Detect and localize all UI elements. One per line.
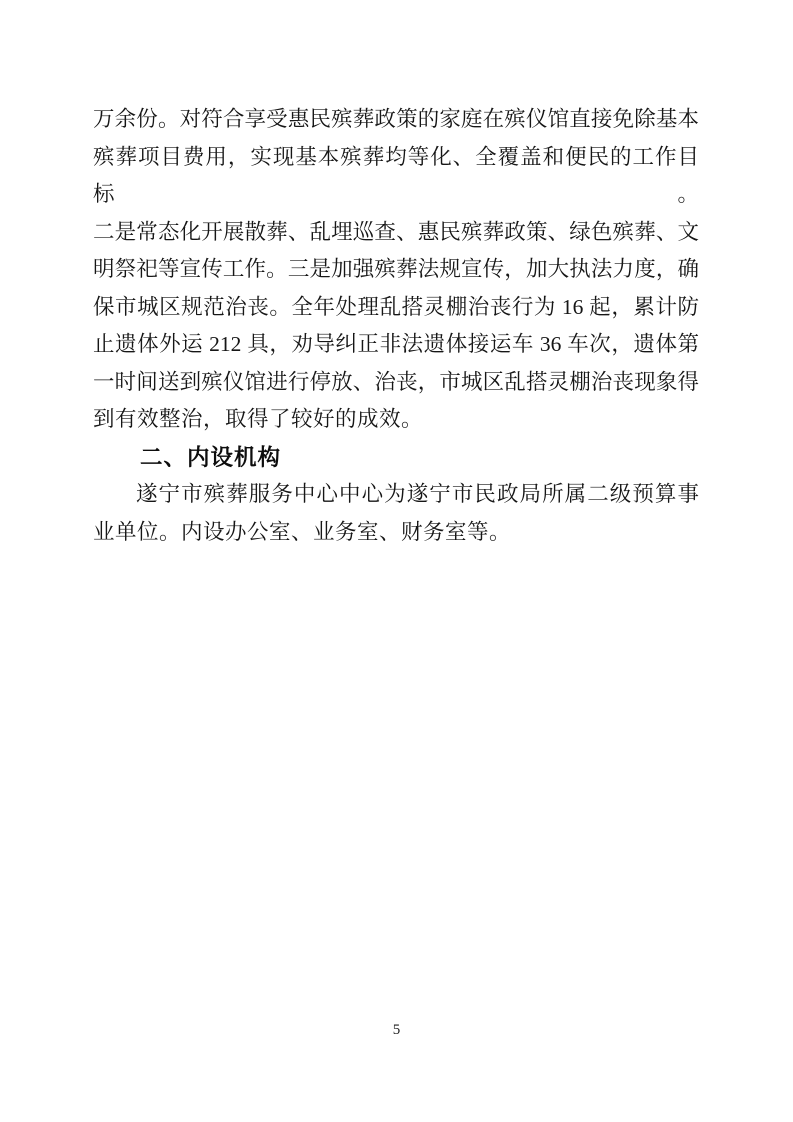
body-text-line: 二是常态化开展散葬、乱埋巡查、惠民殡葬政策、绿色殡葬、文: [93, 214, 699, 252]
body-text-line: 明祭祀等宣传工作。三是加强殡葬法规宣传，加大执法力度，确: [93, 251, 699, 289]
body-text-line: 保市城区规范治丧。全年处理乱搭灵棚治丧行为 16 起，累计防: [93, 289, 699, 327]
body-text-line: 万余份。对符合享受惠民殡葬政策的家庭在殡仪馆直接免除基本: [93, 101, 699, 139]
document-page: 万余份。对符合享受惠民殡葬政策的家庭在殡仪馆直接免除基本 殡葬项目费用，实现基本…: [0, 0, 793, 1122]
page-number: 5: [0, 1022, 793, 1039]
body-text-line: 殡葬项目费用，实现基本殡葬均等化、全覆盖和便民的工作目标。: [93, 139, 699, 214]
section-heading: 二、内设机构: [93, 439, 699, 477]
body-text-line: 遂宁市殡葬服务中心中心为遂宁市民政局所属二级预算事: [93, 476, 699, 514]
body-text-line: 业单位。内设办公室、业务室、财务室等。: [93, 514, 699, 552]
document-body: 万余份。对符合享受惠民殡葬政策的家庭在殡仪馆直接免除基本 殡葬项目费用，实现基本…: [93, 101, 699, 551]
body-text-line: 到有效整治，取得了较好的成效。: [93, 401, 699, 439]
body-text-line: 一时间送到殡仪馆进行停放、治丧，市城区乱搭灵棚治丧现象得: [93, 364, 699, 402]
body-text-line: 止遗体外运 212 具，劝导纠正非法遗体接运车 36 车次，遗体第: [93, 326, 699, 364]
